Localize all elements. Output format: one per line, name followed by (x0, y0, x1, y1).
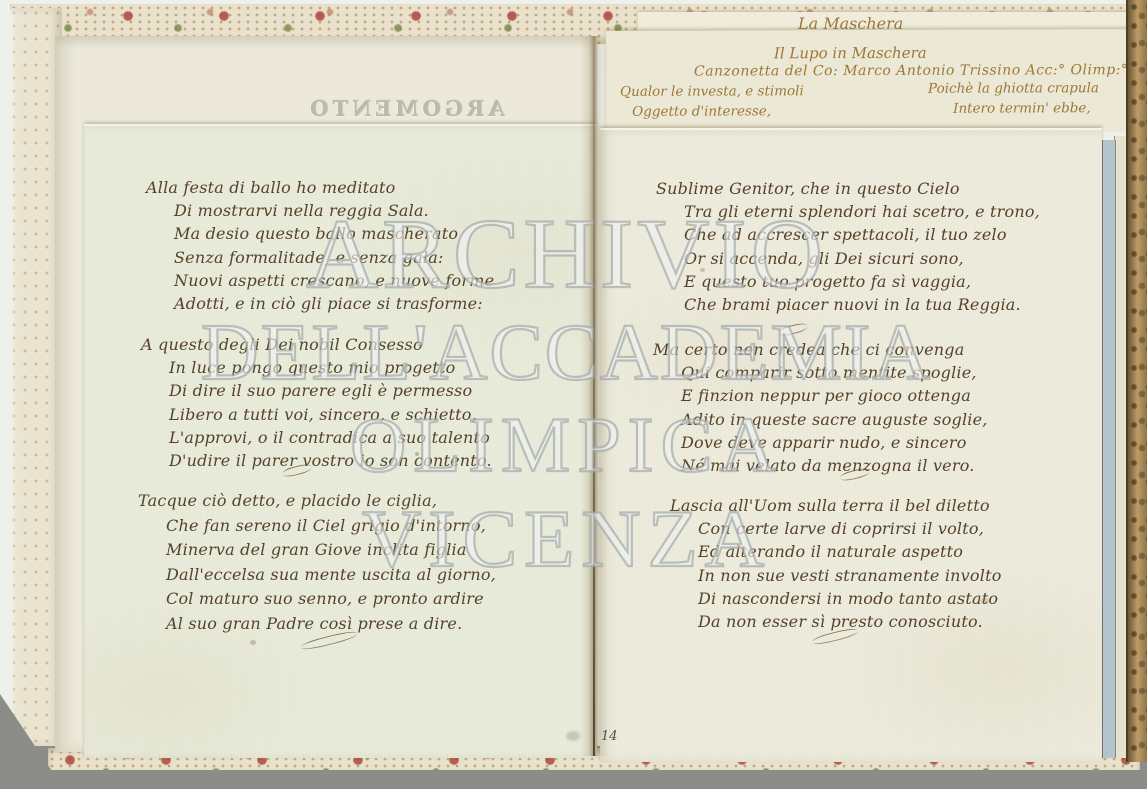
right-stanza-3: Lascia all'Uom sulla terra il bel dilett… (670, 494, 1002, 633)
right-stanza-1: Sublime Genitor, che in questo Cielo Tra… (656, 177, 1040, 316)
verse-line: Senza formalitade, e senza gala: (146, 246, 494, 269)
left-stanza-2: A questo degli Dei nobil Consesso In luc… (141, 333, 492, 472)
verse-line: Dall'eccelsa sua mente uscita al giorno, (138, 563, 496, 588)
blue-page-edge (1102, 140, 1116, 758)
byline: Canzonetta del Co: Marco Antonio Trissin… (694, 62, 1129, 80)
verse-line: Ed alterando il naturale aspetto (670, 540, 1002, 563)
showthrough-title: ARGOMENTO (255, 96, 555, 121)
cover-right-edge (1126, 0, 1147, 762)
right-stanza-2: Ma certo non credea che ci convenga Qui … (653, 338, 988, 477)
verse-line: Di mostrarvi nella reggia Sala. (146, 199, 494, 222)
verse-line: Tra gli eterni splendori hai scetro, e t… (656, 200, 1040, 223)
verse-line: Dove deve apparir nudo, e sincero (653, 431, 988, 454)
verse-line: Libero a tutti voi, sincero, e schietto, (141, 403, 492, 426)
verse-line: Qualor le investa, e stimoli (620, 83, 804, 100)
verse-line: Lascia all'Uom sulla terra il bel dilett… (670, 494, 1002, 517)
left-stanza-3: Tacque ciò detto, e placido le ciglia, C… (138, 489, 496, 636)
verse-line: Minerva del gran Giove inclita figlia (138, 538, 496, 563)
verse-line: D'udire il parer vostro io son contento. (141, 449, 492, 472)
verse-line: Or si accenda, gli Dei sicuri sono, (656, 247, 1040, 270)
verse-line: A questo degli Dei nobil Consesso (141, 333, 492, 356)
verse-line: Nuovi aspetti crescano, e nuove forme (146, 269, 494, 292)
verse-line: E finzion neppur per gioco ottenga (653, 384, 988, 407)
faint-page-mark (566, 731, 580, 741)
stain (415, 452, 419, 456)
stain (980, 598, 989, 604)
verse-line: Che ad accrescer spettacoli, il tuo zelo (656, 223, 1040, 246)
verse-line: Né mai velato da menzogna il vero. (653, 454, 988, 477)
verse-line: Oggetto d'interesse, (632, 103, 771, 119)
poem-title: Il Lupo in Maschera (774, 44, 927, 63)
verse-line: Che brami piacer nuovi in la tua Reggia. (656, 293, 1040, 316)
verse-line: Ma desio questo ballo mascherato (146, 222, 494, 245)
verse-line: Da non esser sì presto conosciuto. (670, 610, 1002, 633)
verse-line: In non sue vesti stranamente involto (670, 564, 1002, 587)
verse-line: Al suo gran Padre così prese a dire. (138, 612, 496, 637)
verse-line: Alla festa di ballo ho meditato (146, 176, 494, 199)
verse-line: L'approvi, o il contradica a suo talento (141, 426, 492, 449)
verse-line: Col maturo suo senno, e pronto ardire (138, 587, 496, 612)
stain (250, 640, 256, 645)
stain (330, 238, 334, 242)
verse-line: In luce pongo questo mio progetto (141, 356, 492, 379)
verse-line: Intero termin' ebbe, (953, 100, 1091, 116)
left-stanza-1: Alla festa di ballo ho meditato Di mostr… (146, 176, 494, 315)
verse-line: Qui comparir sotto mentite spoglie, (653, 361, 988, 384)
verse-line: Tacque ciò detto, e placido le ciglia, (138, 489, 496, 514)
page-number: 14 (601, 729, 618, 744)
verse-line: Che fan sereno il Ciel grigio d'intorno, (138, 514, 496, 539)
verse-line: Sublime Genitor, che in questo Cielo (656, 177, 1040, 200)
right-undersheet-canzonetta: Il Lupo in Maschera Canzonetta del Co: M… (606, 29, 1134, 133)
verse-line: Poichè la ghiotta crapula (928, 80, 1099, 97)
verse-line: Ma certo non credea che ci convenga (653, 338, 988, 361)
verse-line: Con certe larve di coprirsi il volto, (670, 517, 1002, 540)
verse-line: Adito in queste sacre auguste soglie, (653, 408, 988, 431)
verse-line: Di dire il suo parere egli è permesso (141, 379, 492, 402)
book-spine-gutter (580, 36, 608, 756)
stain (700, 268, 705, 272)
scanned-manuscript: { "document": { "type": "manuscript-scan… (0, 0, 1147, 789)
verse-line: Adotti, e in ciò gli piace si trasforme: (146, 292, 494, 315)
verse-line: E questo tuo progetto fa sì vaggia, (656, 270, 1040, 293)
verse-line: Di nascondersi in modo tanto astato (670, 587, 1002, 610)
